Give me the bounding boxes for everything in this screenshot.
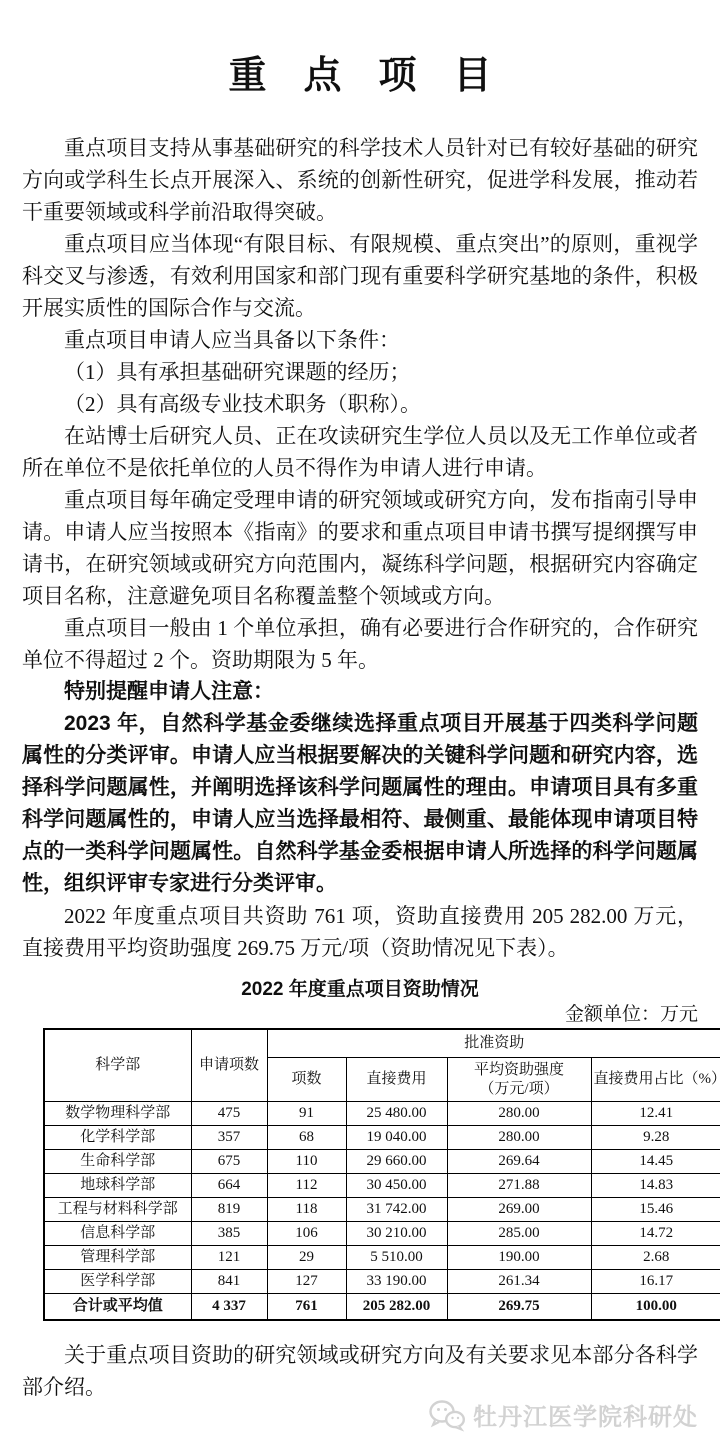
paragraph-reminder-heading: 特别提醒申请人注意： bbox=[22, 676, 698, 708]
header-avg-line1: 平均资助强度 bbox=[450, 1061, 589, 1080]
paragraph-conditions-intro: 重点项目申请人应当具备以下条件： bbox=[22, 324, 698, 356]
table-row-chemistry: 化学科学部 357 68 19 040.00 280.00 9.28 bbox=[44, 1126, 720, 1150]
paragraph-duration: 重点项目一般由 1 个单位承担，确有必要进行合作研究的，合作研究单位不得超过 2… bbox=[22, 612, 698, 676]
watermark-text: 牡丹江医学院科研处 bbox=[473, 1401, 698, 1435]
table-row-engineering-materials: 工程与材料科学部 819 118 31 742.00 269.00 15.46 bbox=[44, 1198, 720, 1222]
cell-department: 地球科学部 bbox=[44, 1174, 191, 1198]
cell-pct: 14.45 bbox=[591, 1150, 720, 1174]
cell-applied: 385 bbox=[191, 1222, 267, 1246]
cell-direct: 5 510.00 bbox=[346, 1246, 447, 1270]
cell-total-direct: 205 282.00 bbox=[346, 1294, 447, 1321]
cell-avg: 280.00 bbox=[447, 1102, 591, 1126]
cell-pct: 9.28 bbox=[591, 1126, 720, 1150]
cell-total-applied: 4 337 bbox=[191, 1294, 267, 1321]
cell-avg: 285.00 bbox=[447, 1222, 591, 1246]
cell-pct: 12.41 bbox=[591, 1102, 720, 1126]
cell-avg: 280.00 bbox=[447, 1126, 591, 1150]
cell-pct: 15.46 bbox=[591, 1198, 720, 1222]
cell-total-label: 合计或平均值 bbox=[44, 1294, 191, 1321]
header-department: 科学部 bbox=[44, 1029, 191, 1102]
header-avg-line2: （万元/项） bbox=[450, 1080, 589, 1099]
cell-department: 化学科学部 bbox=[44, 1126, 191, 1150]
table-unit-note: 金额单位：万元 bbox=[22, 1003, 698, 1027]
cell-direct: 31 742.00 bbox=[346, 1198, 447, 1222]
cell-avg: 269.64 bbox=[447, 1150, 591, 1174]
table-row-information: 信息科学部 385 106 30 210.00 285.00 14.72 bbox=[44, 1222, 720, 1246]
header-count: 项数 bbox=[267, 1058, 346, 1102]
cell-total-count: 761 bbox=[267, 1294, 346, 1321]
table-row-math-physics: 数学物理科学部 475 91 25 480.00 280.00 12.41 bbox=[44, 1102, 720, 1126]
paragraph-guide: 重点项目每年确定受理申请的研究领域或研究方向，发布指南引导申请。申请人应当按照本… bbox=[22, 484, 698, 612]
cell-direct: 30 450.00 bbox=[346, 1174, 447, 1198]
document-body: 重点项目支持从事基础研究的科学技术人员针对已有较好基础的研究方向或学科生长点开展… bbox=[0, 132, 720, 1403]
cell-pct: 16.17 bbox=[591, 1270, 720, 1294]
cell-applied: 475 bbox=[191, 1102, 267, 1126]
cell-applied: 675 bbox=[191, 1150, 267, 1174]
wechat-icon bbox=[428, 1398, 466, 1437]
cell-applied: 664 bbox=[191, 1174, 267, 1198]
cell-department: 工程与材料科学部 bbox=[44, 1198, 191, 1222]
funding-table: 科学部 申请项数 批准资助 项数 直接费用 平均资助强度 （万元/项） 直接费用… bbox=[43, 1028, 720, 1321]
cell-pct: 2.68 bbox=[591, 1246, 720, 1270]
cell-direct: 33 190.00 bbox=[346, 1270, 447, 1294]
cell-total-pct: 100.00 bbox=[591, 1294, 720, 1321]
paragraph-condition-2: （2）具有高级专业技术职务（职称）。 bbox=[22, 388, 698, 420]
paragraph-closing: 关于重点项目资助的研究领域或研究方向及有关要求见本部分各科学部介绍。 bbox=[22, 1339, 698, 1403]
cell-avg: 190.00 bbox=[447, 1246, 591, 1270]
cell-applied: 357 bbox=[191, 1126, 267, 1150]
header-applied: 申请项数 bbox=[191, 1029, 267, 1102]
watermark-footer: 牡丹江医学院科研处 bbox=[428, 1398, 698, 1437]
cell-count: 91 bbox=[267, 1102, 346, 1126]
cell-department: 信息科学部 bbox=[44, 1222, 191, 1246]
paragraph-condition-1: （1）具有承担基础研究课题的经历； bbox=[22, 356, 698, 388]
table-caption: 2022 年度重点项目资助情况 bbox=[22, 978, 698, 1002]
cell-pct: 14.72 bbox=[591, 1222, 720, 1246]
cell-direct: 29 660.00 bbox=[346, 1150, 447, 1174]
paragraph-2023-review: 2023 年，自然科学基金委继续选择重点项目开展基于四类科学问题属性的分类评审。… bbox=[22, 708, 698, 900]
cell-direct: 19 040.00 bbox=[346, 1126, 447, 1150]
cell-count: 68 bbox=[267, 1126, 346, 1150]
cell-pct: 14.83 bbox=[591, 1174, 720, 1198]
table-header-row-1: 科学部 申请项数 批准资助 bbox=[44, 1029, 720, 1058]
table-row-earth: 地球科学部 664 112 30 450.00 271.88 14.83 bbox=[44, 1174, 720, 1198]
paragraph-2022-funding: 2022 年度重点项目共资助 761 项，资助直接费用 205 282.00 万… bbox=[22, 900, 698, 964]
cell-department: 管理科学部 bbox=[44, 1246, 191, 1270]
table-row-life: 生命科学部 675 110 29 660.00 269.64 14.45 bbox=[44, 1150, 720, 1174]
cell-total-avg: 269.75 bbox=[447, 1294, 591, 1321]
cell-direct: 30 210.00 bbox=[346, 1222, 447, 1246]
cell-avg: 271.88 bbox=[447, 1174, 591, 1198]
header-direct-pct: 直接费用占比（%） bbox=[591, 1058, 720, 1102]
cell-department: 医学科学部 bbox=[44, 1270, 191, 1294]
cell-count: 118 bbox=[267, 1198, 346, 1222]
table-row-management: 管理科学部 121 29 5 510.00 190.00 2.68 bbox=[44, 1246, 720, 1270]
cell-direct: 25 480.00 bbox=[346, 1102, 447, 1126]
cell-avg: 269.00 bbox=[447, 1198, 591, 1222]
paragraph-ineligible: 在站博士后研究人员、正在攻读研究生学位人员以及无工作单位或者所在单位不是依托单位… bbox=[22, 420, 698, 484]
cell-applied: 819 bbox=[191, 1198, 267, 1222]
document-page: 重点项目 重点项目支持从事基础研究的科学技术人员针对已有较好基础的研究方向或学科… bbox=[0, 0, 720, 1450]
table-row-medical: 医学科学部 841 127 33 190.00 261.34 16.17 bbox=[44, 1270, 720, 1294]
page-title: 重点项目 bbox=[0, 54, 720, 98]
cell-applied: 841 bbox=[191, 1270, 267, 1294]
header-avg-intensity: 平均资助强度 （万元/项） bbox=[447, 1058, 591, 1102]
header-direct-cost: 直接费用 bbox=[346, 1058, 447, 1102]
cell-count: 29 bbox=[267, 1246, 346, 1270]
cell-count: 127 bbox=[267, 1270, 346, 1294]
cell-department: 生命科学部 bbox=[44, 1150, 191, 1174]
cell-count: 112 bbox=[267, 1174, 346, 1198]
cell-applied: 121 bbox=[191, 1246, 267, 1270]
cell-avg: 261.34 bbox=[447, 1270, 591, 1294]
paragraph-support: 重点项目支持从事基础研究的科学技术人员针对已有较好基础的研究方向或学科生长点开展… bbox=[22, 132, 698, 228]
cell-department: 数学物理科学部 bbox=[44, 1102, 191, 1126]
table-row-total: 合计或平均值 4 337 761 205 282.00 269.75 100.0… bbox=[44, 1294, 720, 1321]
cell-count: 110 bbox=[267, 1150, 346, 1174]
cell-count: 106 bbox=[267, 1222, 346, 1246]
header-approved-group: 批准资助 bbox=[267, 1029, 720, 1058]
paragraph-principles: 重点项目应当体现“有限目标、有限规模、重点突出”的原则，重视学科交叉与渗透，有效… bbox=[22, 228, 698, 324]
